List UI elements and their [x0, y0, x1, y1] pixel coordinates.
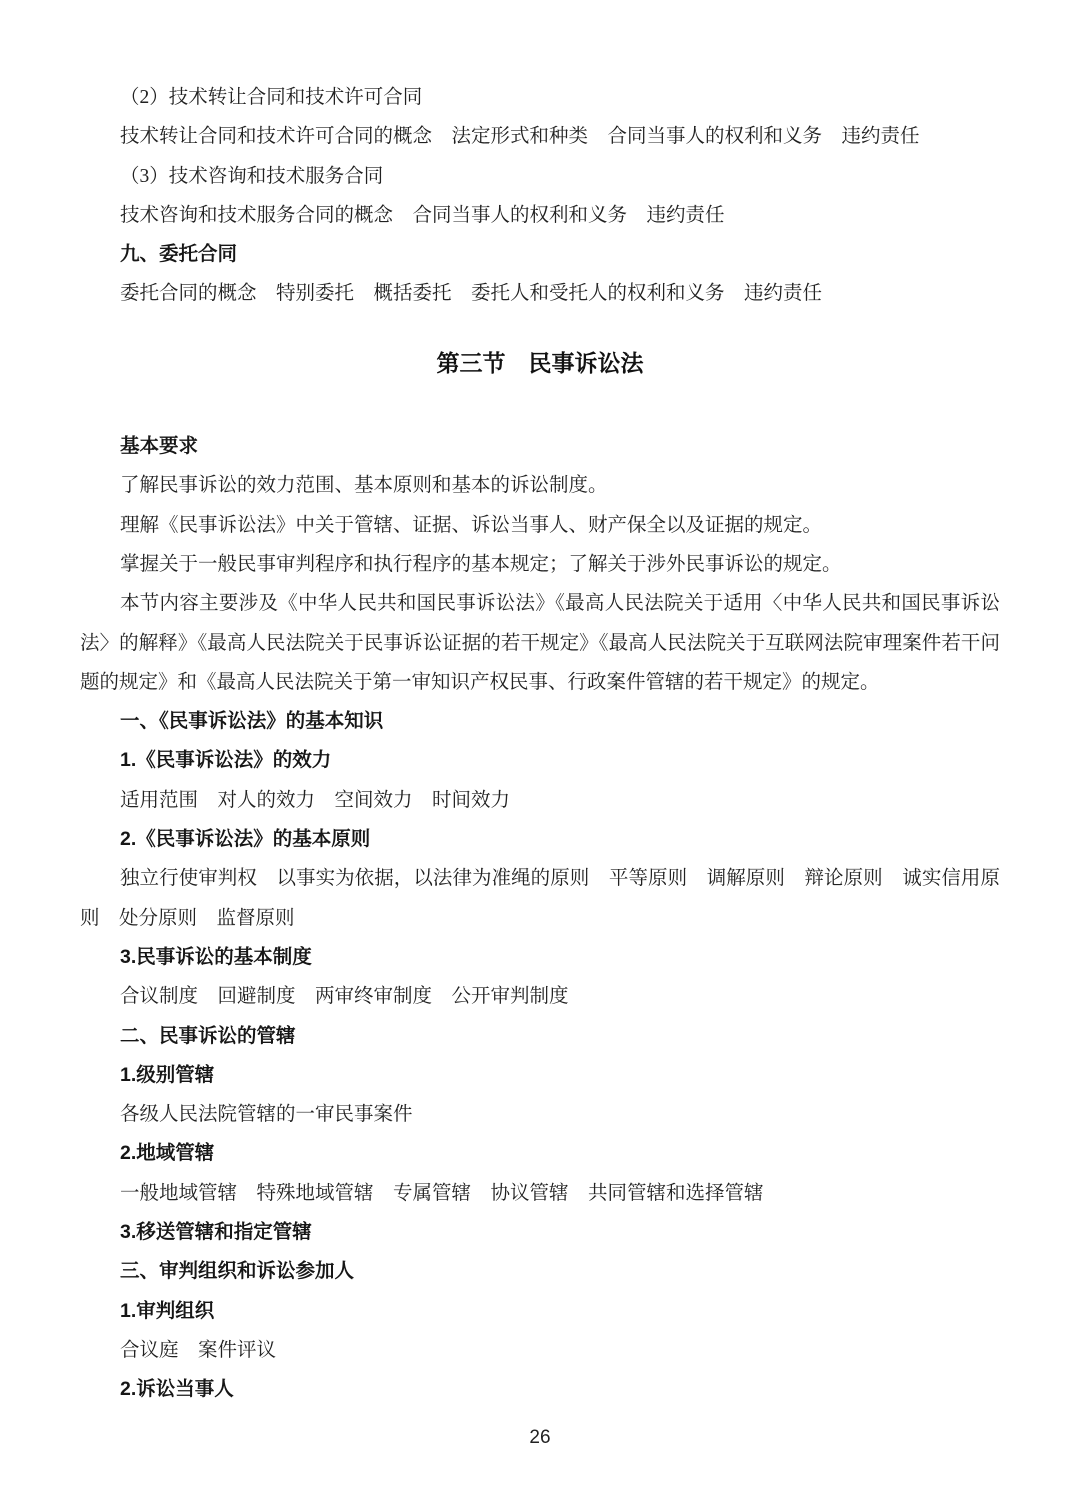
heading-2-litigation-parties: 2.诉讼当事人	[80, 1370, 1000, 1409]
heading-1-trial-organization: 1.审判组织	[80, 1292, 1000, 1331]
para-tech-consult-item: （3）技术咨询和技术服务合同	[80, 157, 1000, 196]
para-territorial-jurisdiction-points: 一般地域管辖 特殊地域管辖 专属管辖 协议管辖 共同管辖和选择管辖	[80, 1174, 1000, 1213]
document-content: （2）技术转让合同和技术许可合同 技术转让合同和技术许可合同的概念 法定形式和种…	[80, 78, 1000, 1457]
page-number: 26	[80, 1418, 1000, 1457]
heading-2-basic-principles: 2.《民事诉讼法》的基本原则	[80, 820, 1000, 859]
heading-3-basic-systems: 3.民事诉讼的基本制度	[80, 938, 1000, 977]
heading-1-level-jurisdiction: 1.级别管辖	[80, 1056, 1000, 1095]
document-page: （2）技术转让合同和技术许可合同 技术转让合同和技术许可合同的概念 法定形式和种…	[0, 0, 1080, 1508]
para-trial-organization-points: 合议庭 案件评议	[80, 1331, 1000, 1370]
heading-3-transfer-designated-jurisdiction: 3.移送管辖和指定管辖	[80, 1213, 1000, 1252]
para-basic-systems-points: 合议制度 回避制度 两审终审制度 公开审判制度	[80, 977, 1000, 1016]
heading-one-basic-knowledge: 一、《民事诉讼法》的基本知识	[80, 702, 1000, 741]
para-basic-principles-points: 独立行使审判权 以事实为依据，以法律为准绳的原则 平等原则 调解原则 辩论原则 …	[80, 859, 1000, 938]
para-tech-consult-points: 技术咨询和技术服务合同的概念 合同当事人的权利和义务 违约责任	[80, 196, 1000, 235]
para-level-jurisdiction-points: 各级人民法院管辖的一审民事案件	[80, 1095, 1000, 1134]
para-requirement-master-procedure: 掌握关于一般民事审判程序和执行程序的基本规定；了解关于涉外民事诉讼的规定。	[80, 545, 1000, 584]
para-tech-transfer-item: （2）技术转让合同和技术许可合同	[80, 78, 1000, 117]
section-title: 第三节 民事诉讼法	[80, 344, 1000, 383]
heading-entrust-contract: 九、委托合同	[80, 235, 1000, 274]
heading-three-trial-organization: 三、审判组织和诉讼参加人	[80, 1252, 1000, 1291]
para-section-laws-involved: 本节内容主要涉及《中华人民共和国民事诉讼法》《最高人民法院关于适用〈中华人民共和…	[80, 584, 1000, 702]
para-tech-transfer-points: 技术转让合同和技术许可合同的概念 法定形式和种类 合同当事人的权利和义务 违约责…	[80, 117, 1000, 156]
heading-1-law-effect: 1.《民事诉讼法》的效力	[80, 741, 1000, 780]
heading-2-territorial-jurisdiction: 2.地域管辖	[80, 1134, 1000, 1173]
para-requirement-comprehend-rules: 理解《民事诉讼法》中关于管辖、证据、诉讼当事人、财产保全以及证据的规定。	[80, 506, 1000, 545]
para-requirement-understand-scope: 了解民事诉讼的效力范围、基本原则和基本的诉讼制度。	[80, 466, 1000, 505]
heading-basic-requirements: 基本要求	[80, 427, 1000, 466]
para-entrust-points: 委托合同的概念 特别委托 概括委托 委托人和受托人的权利和义务 违约责任	[80, 274, 1000, 313]
heading-two-jurisdiction: 二、民事诉讼的管辖	[80, 1017, 1000, 1056]
para-law-effect-points: 适用范围 对人的效力 空间效力 时间效力	[80, 781, 1000, 820]
